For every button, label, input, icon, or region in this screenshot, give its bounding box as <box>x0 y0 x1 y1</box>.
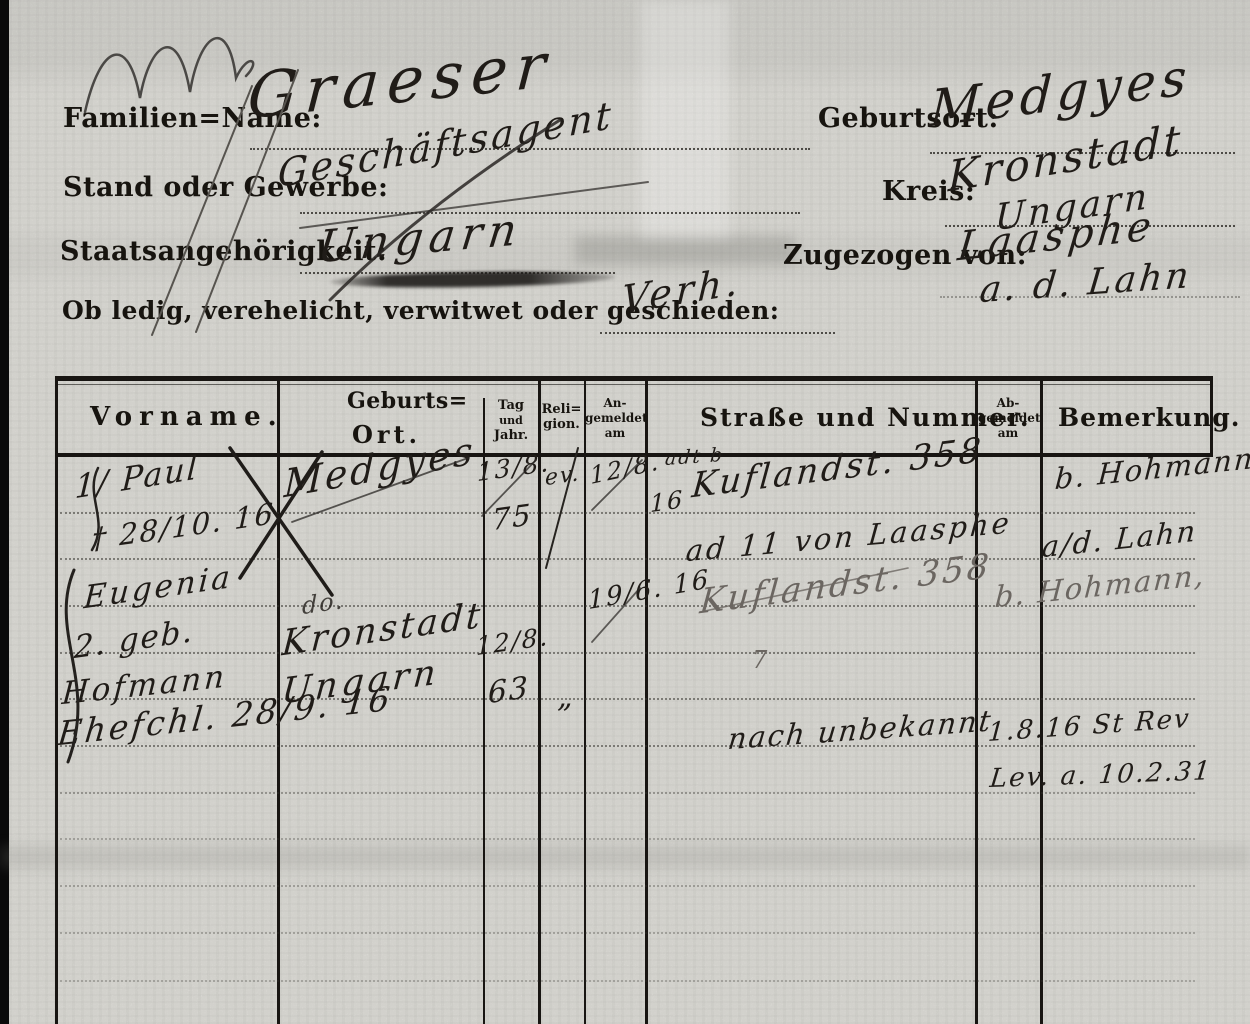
entry-r1-angemeldet-jahr: 16 <box>650 485 684 518</box>
table-row-guide <box>60 980 1195 982</box>
entry-r1-religion: ev. <box>545 461 580 491</box>
entry-r1-strasse: Kuflandst. 358 <box>690 430 985 507</box>
table-row-guide <box>60 652 1195 654</box>
entry-r1-jahr: 75 <box>492 497 533 537</box>
table-vline-abgemeldet-bemerkung <box>1040 376 1043 1024</box>
col-header-line: Reli= <box>539 402 584 417</box>
entry-r2-religion-ditto: „ <box>557 680 575 715</box>
table-vline-left <box>55 376 58 1024</box>
col-header-line: gemeldet <box>585 411 645 426</box>
scan-shading <box>0 846 1250 868</box>
entry-r2-strasse-note: 7 <box>752 646 769 674</box>
dotted-rule <box>940 296 1240 298</box>
entry-abgemeldet-date-note: 1.8.16 St Rev <box>987 704 1192 748</box>
scan-shading <box>575 236 795 264</box>
col-header-line: An- <box>585 396 645 411</box>
table-row-guide <box>60 885 1195 887</box>
registration-card: Familien=Name: Graeser Geburtsort: Medgy… <box>0 0 1250 1024</box>
col-header-geburts: Geburts= <box>347 388 468 414</box>
entry-r2-angemeldet: 19/6. 16 <box>587 564 710 616</box>
field-value-staatsangehoerigkeit: Ungarn <box>315 204 526 274</box>
entry-lev-note: Lev. a. 10.2.31 <box>988 756 1213 794</box>
col-header-line: Tag <box>484 398 538 413</box>
col-header-religion: Reli= gion. <box>539 402 584 432</box>
table-row-guide <box>60 932 1195 934</box>
table-vline-strasse-abgemeldet <box>975 376 978 1024</box>
scan-edge-artifact <box>0 0 9 1024</box>
entry-r1-death-date: † 28/10. 16 <box>91 496 275 556</box>
dotted-rule <box>300 212 800 214</box>
entry-r1-bemerkung: b. Hohmann <box>1054 441 1250 496</box>
col-header-tag-und-jahr: Tag und Jahr. <box>484 398 538 443</box>
col-header-line: am <box>585 426 645 441</box>
entry-r2-jahr: 63 <box>488 670 530 711</box>
dotted-rule <box>600 332 835 334</box>
col-header-line: gion. <box>539 417 584 432</box>
col-header-line: und <box>484 413 538 428</box>
fold-highlight <box>640 0 730 240</box>
table-vline-ort-tag <box>483 398 485 1024</box>
entry-r2-vorname: Eugenia <box>83 559 234 617</box>
col-header-angemeldet: An- gemeldet am <box>585 396 645 441</box>
col-header-abgemeldet: Ab- gemeldet am <box>978 396 1038 441</box>
col-header-line: am <box>978 426 1038 441</box>
col-header-line: gemeldet <box>978 411 1038 426</box>
col-header-vorname: Vorname. <box>90 402 284 432</box>
col-header-line: Jahr. <box>484 428 538 443</box>
col-header-bemerkung: Bemerkung. <box>1058 403 1240 432</box>
col-header-line: Ab- <box>978 396 1038 411</box>
entry-moved-unknown-note: nach unbekannt <box>726 703 994 756</box>
entry-r1-zuzug-line2: a/d. Lahn <box>1041 513 1199 564</box>
pencil-scrawl <box>85 38 253 112</box>
entry-r2-geb: 2. geb. <box>73 613 194 666</box>
table-row-guide <box>60 838 1195 840</box>
table-vline-religion-angemeldet <box>584 376 586 1024</box>
